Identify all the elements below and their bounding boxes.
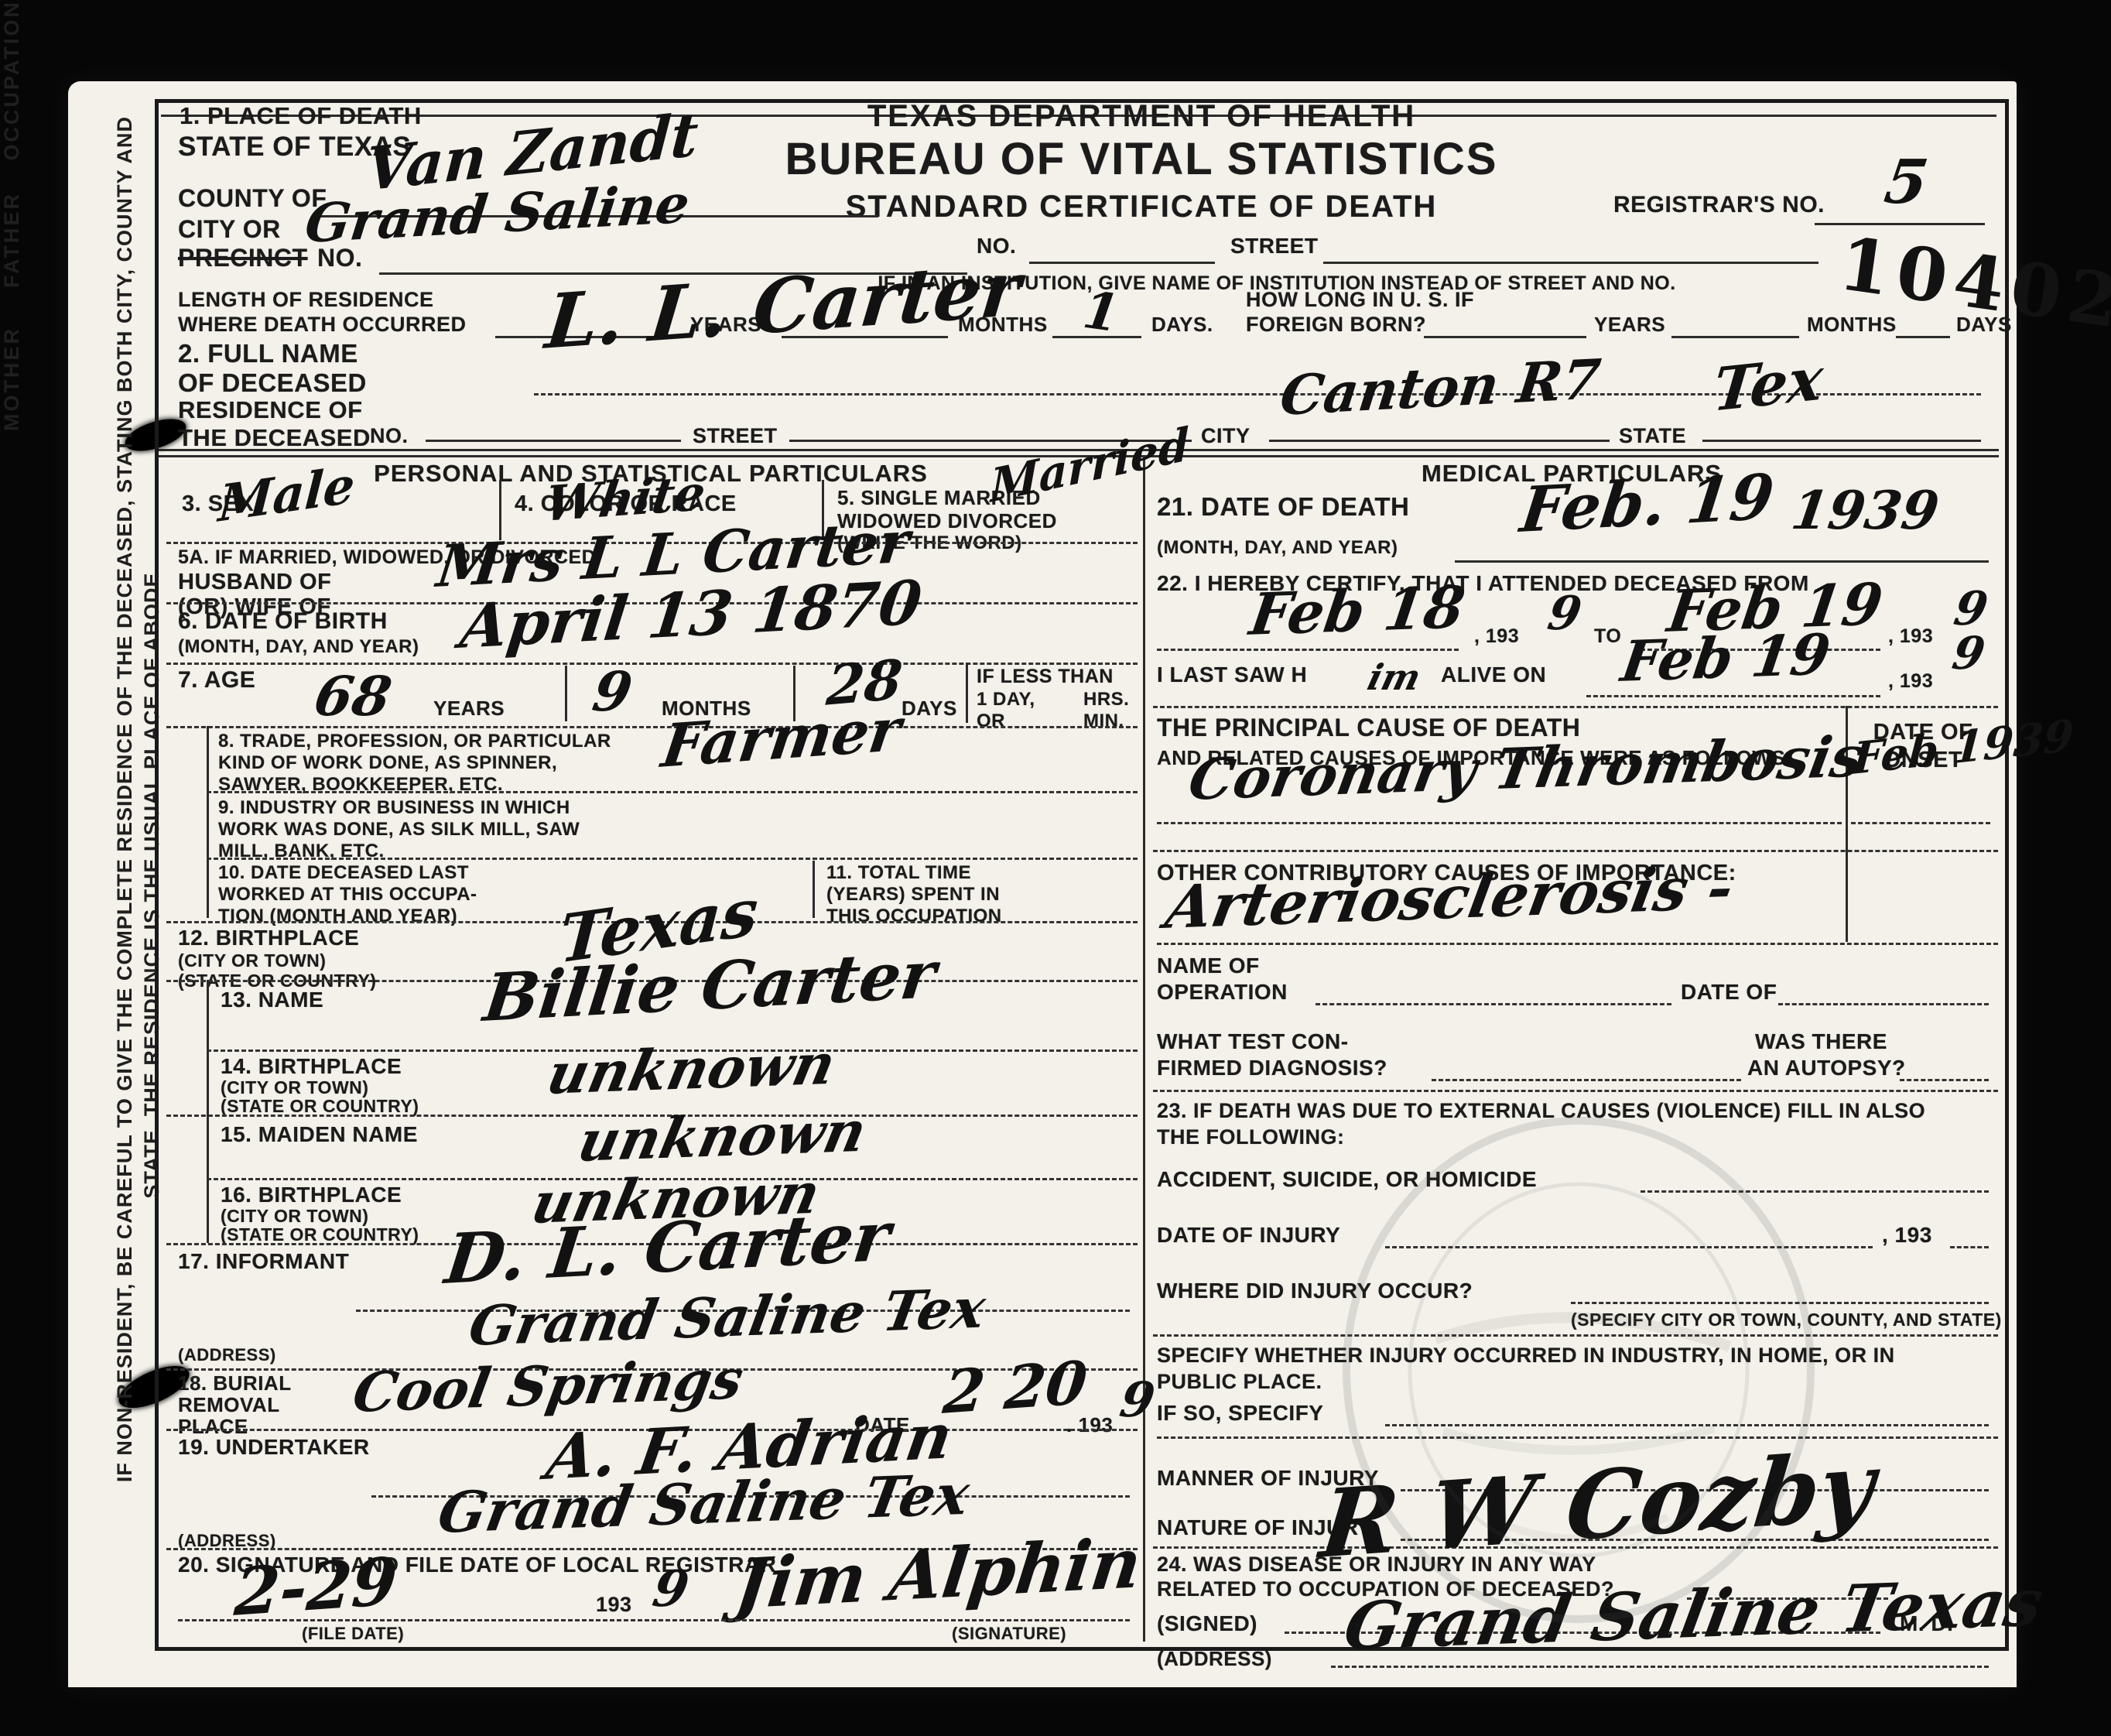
injury-193-line (1950, 1246, 1989, 1248)
ifso-line (1385, 1424, 1989, 1426)
op-label2: OPERATION (1157, 980, 1288, 1005)
street-line (1323, 262, 1818, 264)
op-date-label: DATE OF (1681, 980, 1777, 1005)
county-label: COUNTY OF (178, 184, 327, 213)
age-years-label: YEARS (433, 697, 505, 721)
margin-note-line1: IF NON-RESIDENT, BE CAREFUL TO GIVE THE … (113, 116, 137, 1482)
trade-label1: 8. TRADE, PROFESSION, OR PARTICULAR (218, 731, 611, 752)
file-date-label: (FILE DATE) (302, 1624, 404, 1644)
howlong-days-line (1896, 336, 1950, 338)
residence-no-line (426, 440, 681, 442)
city-or-label: CITY OR (178, 215, 281, 244)
age-days-label: DAYS (902, 697, 957, 721)
dob-label: 6. DATE OF BIRTH (178, 608, 388, 635)
row8-sep (207, 791, 1138, 793)
external-label1: 23. IF DEATH WAS DUE TO EXTERNAL CAUSES … (1157, 1099, 1925, 1123)
days2-label: DAYS (1956, 313, 2012, 337)
where-line (1571, 1302, 1989, 1304)
injury-date-line (1385, 1246, 1873, 1248)
lastsaw-193: , 193 (1888, 670, 1933, 693)
cause-top-sep (1153, 706, 1998, 708)
lastsaw-hw: im (1363, 656, 1425, 698)
lastsaw-label2: ALIVE ON (1441, 663, 1546, 687)
scanned-death-certificate: IF NON-RESIDENT, BE CAREFUL TO GIVE THE … (0, 0, 2111, 1736)
undertaker-label: 19. UNDERTAKER (178, 1435, 370, 1460)
test-line (1432, 1079, 1741, 1081)
no-line (1029, 262, 1215, 264)
lastwork-label2: WORKED AT THIS OCCUPA- (218, 884, 477, 906)
accident-label: ACCIDENT, SUICIDE, OR HOMICIDE (1157, 1167, 1537, 1192)
mother-strip: MOTHER (0, 327, 40, 455)
bureau-title: BUREAU OF VITAL STATISTICS (658, 133, 1625, 185)
where-sub-label: (SPECIFY CITY OR TOWN, COUNTY, AND STATE… (1571, 1310, 2002, 1330)
bp16-label2: (CITY OR TOWN) (221, 1206, 368, 1227)
burial-label2: REMOVAL (178, 1393, 280, 1417)
lastwork-label1: 10. DATE DECEASED LAST (218, 862, 469, 884)
signature-label: (SIGNATURE) (952, 1624, 1066, 1644)
howlong-months-line (1671, 336, 1799, 338)
op-label1: NAME OF (1157, 954, 1260, 978)
column-divider (1143, 457, 1145, 1642)
bp16-label1: 16. BIRTHPLACE (221, 1183, 402, 1207)
burial-label1: 18. BURIAL (178, 1371, 292, 1395)
precinct-label: PRECINCT (178, 244, 308, 272)
trade-label2: KIND OF WORK DONE, AS SPINNER, (218, 752, 557, 774)
totaltime-label3: THIS OCCUPATION (826, 906, 1002, 927)
test-label2: FIRMED DIAGNOSIS? (1157, 1056, 1387, 1080)
dob-sub: (MONTH, DAY, AND YEAR) (178, 636, 419, 658)
cause-line (1157, 822, 1842, 824)
autopsy-label2: AN AUTOPSY? (1747, 1056, 1906, 1080)
father-strip-label: FATHER (0, 192, 24, 288)
physician-address-line (1331, 1666, 1989, 1668)
residence-state-label: STATE (1619, 424, 1686, 448)
burial-193-label: . 193 (1066, 1413, 1113, 1437)
fullname-label1: 2. FULL NAME (178, 339, 358, 368)
certify-to-label: TO (1594, 625, 1621, 648)
howlong-label1: HOW LONG IN U. S. IF (1246, 288, 1474, 312)
lastsaw-value: Feb 19 (1617, 621, 1834, 694)
dod-line (1455, 560, 1989, 563)
occupation-strip-label: OCCUPATION (0, 0, 24, 161)
dod-value: Feb. 19 (1517, 460, 1777, 546)
autopsy-label1: WAS THERE (1755, 1029, 1887, 1054)
length-residence-label1: LENGTH OF RESIDENCE (178, 288, 434, 312)
totaltime-label2: (YEARS) SPENT IN (826, 884, 1000, 906)
physician-address-label2: (ADDRESS) (1157, 1647, 1272, 1671)
lessthan-label2: 1 DAY, (977, 689, 1035, 710)
autopsy-line (1900, 1079, 1989, 1081)
howlong-label2: FOREIGN BORN? (1246, 313, 1426, 337)
age-div1 (565, 666, 567, 721)
residence-street-label: STREET (693, 424, 778, 448)
father-strip: FATHER (0, 192, 40, 327)
length-residence-label2: WHERE DEATH OCCURRED (178, 313, 467, 337)
lastsaw-label1: I LAST SAW H (1157, 663, 1307, 687)
age-box-divider (966, 663, 968, 723)
cause-bottom-sep (1153, 850, 1998, 852)
bp16-label3: (STATE OR COUNTRY) (221, 1224, 419, 1245)
bp14-label1: 14. BIRTHPLACE (221, 1054, 402, 1079)
lessthan-hrs-label: HRS. (1083, 689, 1129, 710)
father-strip-divider (207, 980, 209, 1115)
years2-label: YEARS (1594, 313, 1665, 337)
residence-label1: RESIDENCE OF (178, 396, 363, 424)
op-date-line (1778, 1003, 1989, 1005)
injury-193-label: , 193 (1882, 1223, 1932, 1248)
lastwork-totaltime-divider (813, 861, 815, 918)
specify-label1: SPECIFY WHETHER INJURY OCCURRED IN INDUS… (1157, 1344, 1895, 1368)
certify-from-line (1157, 649, 1459, 651)
informant-label: 17. INFORMANT (178, 1249, 349, 1274)
industry-label1: 9. INDUSTRY OR BUSINESS IN WHICH (218, 797, 570, 819)
signed-label: (SIGNED) (1157, 1611, 1257, 1636)
precinct-struck-word: PRECINCT (178, 244, 308, 272)
dod-label: 21. DATE OF DEATH (1157, 492, 1409, 522)
bp14-label3: (STATE OR COUNTRY) (221, 1096, 419, 1117)
street-label: STREET (1230, 234, 1318, 259)
months2-label: MONTHS (1807, 313, 1897, 337)
lessthan-or-label: OR (977, 710, 1005, 732)
residence-state-value: Tex (1710, 344, 1826, 425)
row9-sep (207, 858, 1138, 860)
row20-line (178, 1619, 1130, 1621)
age-years-value: 68 (310, 664, 396, 728)
lessthan-label1: IF LESS THAN (977, 666, 1114, 688)
specify-label2: PUBLIC PLACE. (1157, 1370, 1322, 1394)
registrar-no-line (1815, 223, 1985, 225)
lessthan-min-label: MIN. (1083, 710, 1124, 732)
occupation-strip-divider (207, 726, 209, 918)
external-label2: THE FOLLOWING: (1157, 1125, 1344, 1149)
file-date-value: 2-29 (232, 1543, 400, 1631)
test-label1: WHAT TEST CON- (1157, 1029, 1349, 1054)
ifso-real-label: IF SO, SPECIFY (1157, 1401, 1323, 1426)
dod-sub: (MONTH, DAY, AND YEAR) (1157, 537, 1398, 559)
maiden15-label: 15. MAIDEN NAME (221, 1122, 418, 1147)
dod-year-value: 1939 (1788, 480, 1943, 542)
residence-city-label: CITY (1201, 424, 1251, 448)
test-bottom-sep (1153, 1090, 1998, 1092)
residence-state-line (1702, 440, 1981, 442)
registrar-no-label: REGISTRAR'S NO. (1613, 192, 1825, 218)
spouse-label2: HUSBAND OF (178, 570, 331, 595)
lastwork-label3: TION (MONTH AND YEAR) (218, 906, 457, 927)
howlong-years-line (1424, 336, 1586, 338)
fullname-label2: OF DECEASED (178, 368, 367, 398)
age-label: 7. AGE (178, 667, 255, 693)
residence-no-label: NO. (370, 424, 409, 448)
name13-label: 13. NAME (221, 988, 323, 1012)
certify-to-193: , 193 (1888, 625, 1933, 648)
injury-date-label: DATE OF INJURY (1157, 1223, 1340, 1248)
bp12-label2: (CITY OR TOWN) (178, 950, 326, 971)
bp14-value: unknown (542, 1030, 841, 1107)
days-label: DAYS. (1151, 313, 1213, 337)
occupation-strip: OCCUPATION (0, 0, 40, 192)
where-label: WHERE DID INJURY OCCUR? (1157, 1279, 1473, 1303)
onset-line (1851, 822, 1990, 824)
bp12-label1: 12. BIRTHPLACE (178, 926, 359, 950)
certify-from-value: Feb 18 (1246, 574, 1469, 649)
industry-label2: WORK WAS DONE, AS SILK MILL, SAW (218, 819, 580, 841)
registrar-193-label: 193 (596, 1593, 632, 1617)
totaltime-label1: 11. TOTAL TIME (826, 862, 971, 884)
informant-address-label: (ADDRESS) (178, 1345, 276, 1365)
certify-from-193: , 193 (1474, 625, 1519, 648)
accident-line (1641, 1190, 1989, 1193)
mother-strip-label: MOTHER (0, 327, 24, 431)
contrib-line (1157, 943, 1998, 945)
row6-sep (166, 663, 1138, 665)
op-line (1316, 1003, 1671, 1005)
row7-sep (166, 726, 1138, 728)
where-bottom-sep (1153, 1334, 1998, 1337)
place-of-death-label: 1. PLACE OF DEATH (180, 102, 422, 130)
lastsaw-line (1586, 695, 1880, 697)
residence-label2: THE DECEASED (178, 424, 371, 452)
bp14-label2: (CITY OR TOWN) (221, 1077, 368, 1098)
residence-city-line (1269, 440, 1610, 442)
dept-title: TEXAS DEPARTMENT OF HEALTH (696, 99, 1586, 134)
certificate-title: STANDARD CERTIFICATE OF DEATH (696, 190, 1586, 224)
